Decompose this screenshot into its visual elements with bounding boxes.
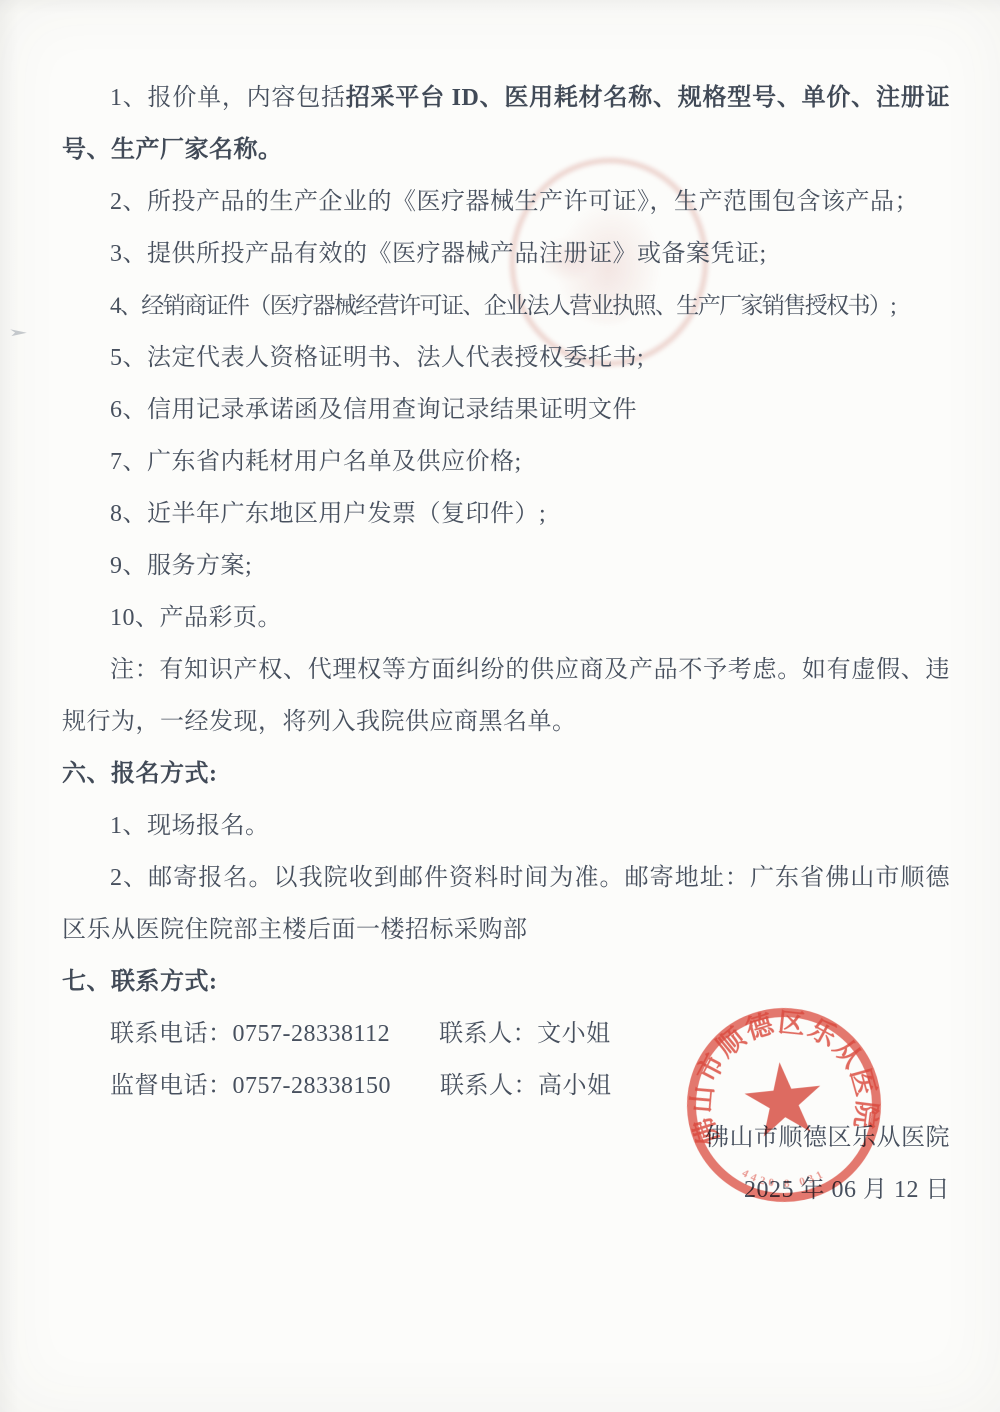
text-segment: 3、提供所投产品有效的《医疗器械产品注册证》或备案凭证;: [110, 241, 767, 267]
document-body: 1、报价单，内容包括招采平台 ID、医用耗材名称、规格型号、单价、注册证号、生产…: [62, 72, 950, 1216]
signature-date: 2025 年 06 月 12 日: [62, 1164, 950, 1216]
bold-text-segment: 六、报名方式:: [62, 761, 218, 787]
scanned-document-page: 1、报价单，内容包括招采平台 ID、医用耗材名称、规格型号、单价、注册证号、生产…: [0, 0, 1000, 1412]
text-segment: 8、近半年广东地区用户发票（复印件）;: [110, 501, 546, 527]
paragraph: 2、所投产品的生产企业的《医疗器械生产许可证》，生产范围包含该产品；: [62, 176, 950, 228]
paragraph: 注：有知识产权、代理权等方面纠纷的供应商及产品不予考虑。如有虚假、违规行为，一经…: [62, 644, 950, 748]
text-segment: 联系电话：0757-28338112 联系人：文小姐: [110, 1021, 611, 1047]
paragraph: 3、提供所投产品有效的《医疗器械产品注册证》或备案凭证;: [62, 228, 950, 280]
text-segment: 2、邮寄报名。以我院收到邮件资料时间为准。邮寄地址：广东省佛山市顺德区乐从医院住…: [62, 865, 950, 943]
paragraph: 10、产品彩页。: [62, 592, 950, 644]
text-segment: 2、所投产品的生产企业的《医疗器械生产许可证》，生产范围包含该产品；: [110, 189, 919, 215]
paragraph: 9、服务方案;: [62, 540, 950, 592]
scan-smudge: [10, 326, 27, 339]
text-segment: 监督电话：0757-28338150 联系人：高小姐: [110, 1073, 612, 1099]
paragraph: 联系电话：0757-28338112 联系人：文小姐: [62, 1008, 950, 1060]
text-segment: 6、信用记录承诺函及信用查询记录结果证明文件: [110, 397, 637, 423]
paragraph: 2、邮寄报名。以我院收到邮件资料时间为准。邮寄地址：广东省佛山市顺德区乐从医院住…: [62, 852, 950, 956]
paragraph: 6、信用记录承诺函及信用查询记录结果证明文件: [62, 384, 950, 436]
section-heading: 七、联系方式:: [62, 956, 950, 1008]
section-heading: 六、报名方式:: [62, 748, 950, 800]
text-segment: 1、报价单，内容包括: [110, 85, 346, 111]
paragraph: 1、现场报名。: [62, 800, 950, 852]
text-segment: 10、产品彩页。: [110, 605, 282, 631]
text-segment: 4、经销商证件（医疗器械经营许可证、企业法人营业执照、生产厂家销售授权书）;: [110, 293, 895, 318]
text-segment: 1、现场报名。: [110, 813, 270, 839]
paragraph: 1、报价单，内容包括招采平台 ID、医用耗材名称、规格型号、单价、注册证号、生产…: [62, 72, 950, 176]
paragraph: 8、近半年广东地区用户发票（复印件）;: [62, 488, 950, 540]
paragraph-list: 1、报价单，内容包括招采平台 ID、医用耗材名称、规格型号、单价、注册证号、生产…: [62, 72, 950, 1112]
text-segment: 注：有知识产权、代理权等方面纠纷的供应商及产品不予考虑。如有虚假、违规行为，一经…: [62, 657, 950, 735]
paragraph: 7、广东省内耗材用户名单及供应价格;: [62, 436, 950, 488]
paragraph: 4、经销商证件（医疗器械经营许可证、企业法人营业执照、生产厂家销售授权书）;: [62, 280, 950, 332]
bold-text-segment: 七、联系方式:: [62, 969, 218, 995]
text-segment: 9、服务方案;: [110, 553, 252, 579]
signature-org: 佛山市顺德区乐从医院: [62, 1112, 950, 1164]
text-segment: 7、广东省内耗材用户名单及供应价格;: [110, 449, 522, 475]
paragraph: 5、法定代表人资格证明书、法人代表授权委托书;: [62, 332, 950, 384]
paragraph: 监督电话：0757-28338150 联系人：高小姐: [62, 1060, 950, 1112]
text-segment: 5、法定代表人资格证明书、法人代表授权委托书;: [110, 345, 644, 371]
